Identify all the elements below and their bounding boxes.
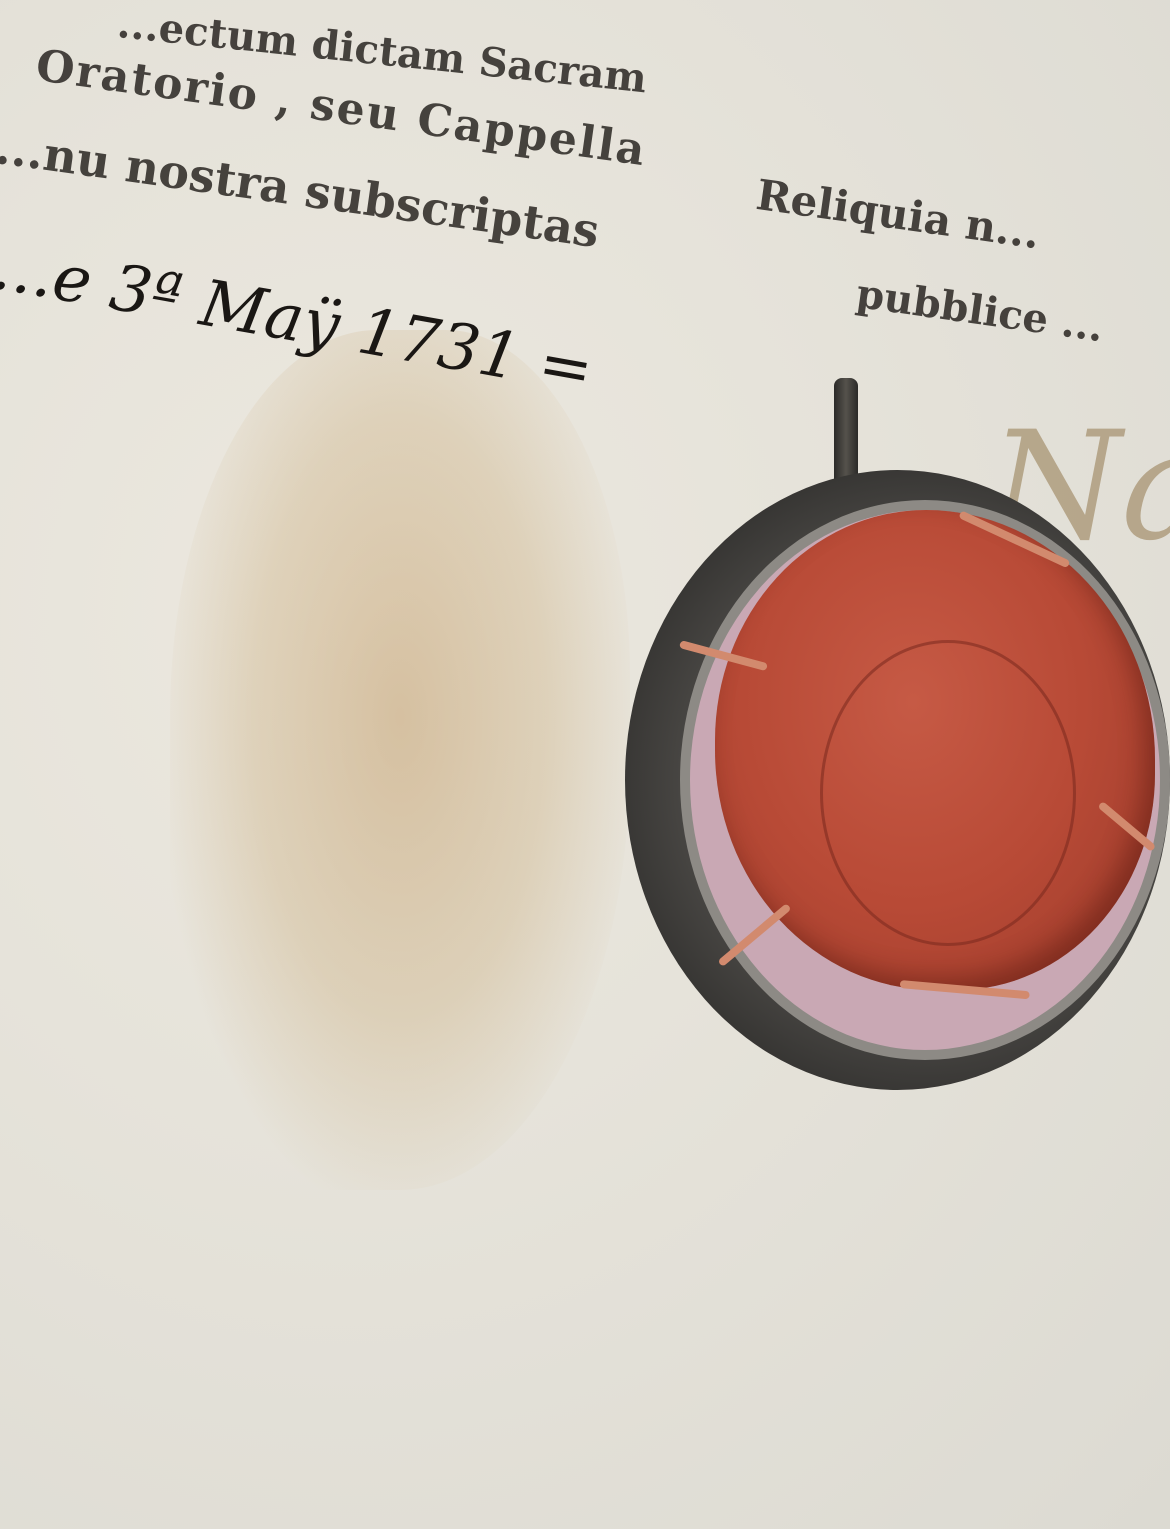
- printed-text-line: pubblice ...: [853, 270, 1106, 351]
- seal-emboss: [820, 640, 1076, 946]
- printed-text-line: Reliquia n...: [753, 170, 1043, 258]
- water-stain: [170, 330, 630, 1190]
